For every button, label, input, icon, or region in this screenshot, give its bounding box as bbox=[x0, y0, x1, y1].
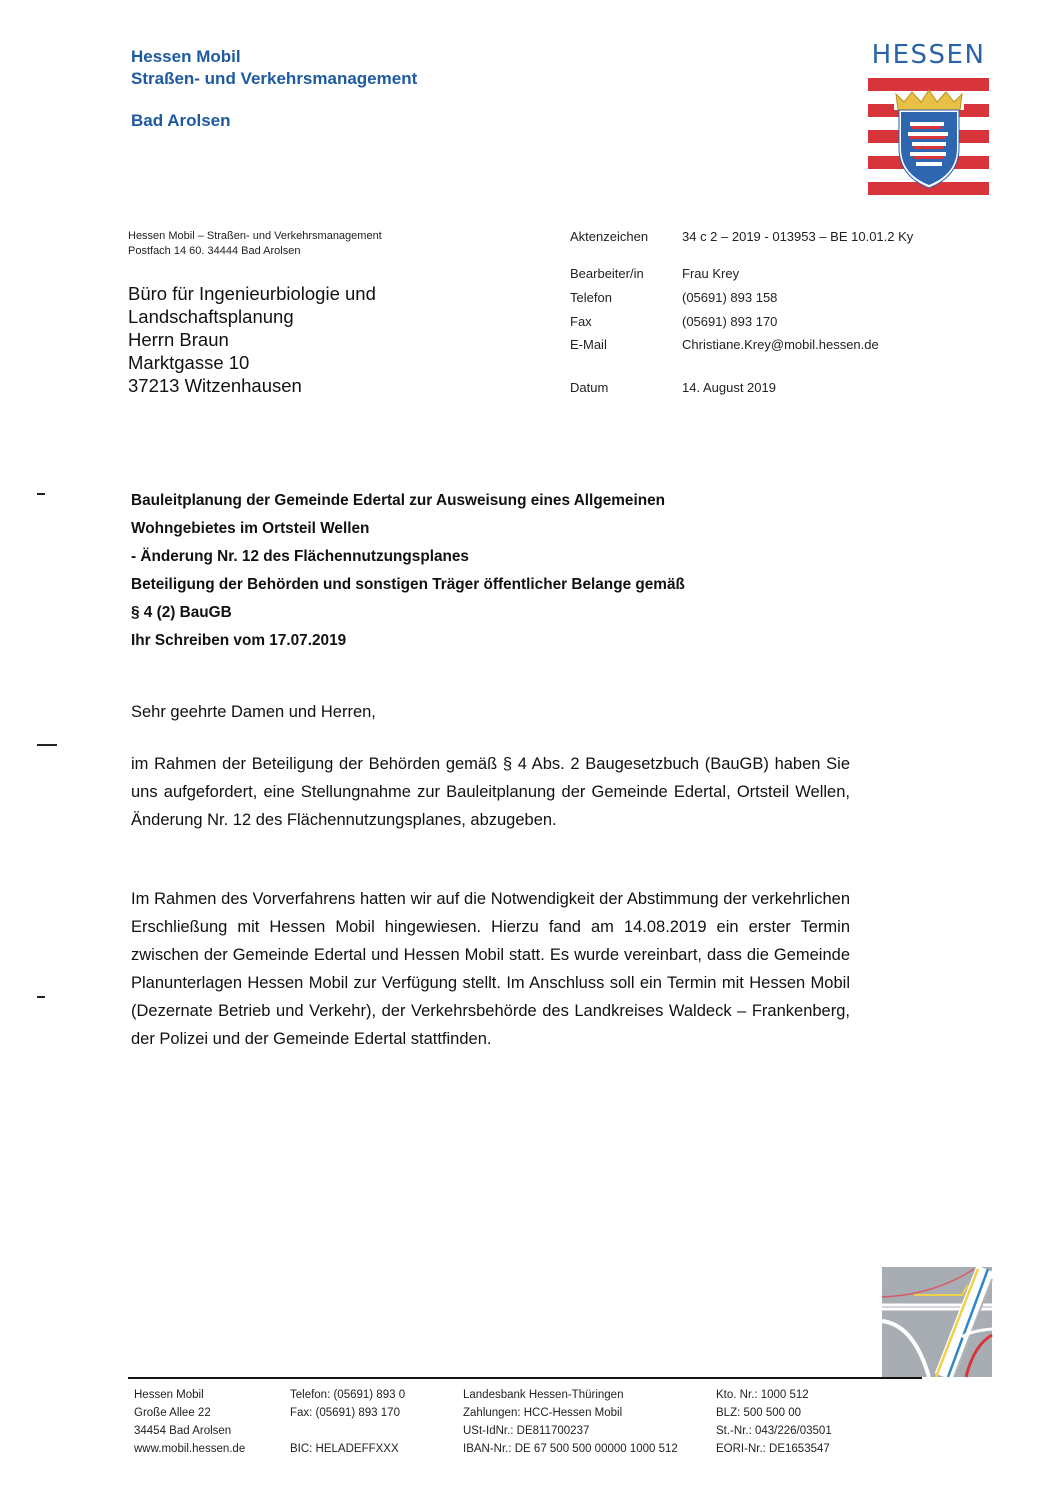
fold-mark bbox=[37, 493, 45, 495]
meta-label: Aktenzeichen bbox=[570, 229, 648, 244]
footer-text: BIC: HELADEFFXXX bbox=[290, 1440, 405, 1458]
footer-address: Hessen Mobil Große Allee 22 34454 Bad Ar… bbox=[134, 1386, 245, 1458]
footer-text: EORI-Nr.: DE1653547 bbox=[716, 1440, 832, 1458]
meta-value: 14. August 2019 bbox=[682, 380, 776, 395]
footer-text: Landesbank Hessen-Thüringen bbox=[463, 1386, 678, 1404]
org-department: Straßen- und Verkehrsmanagement bbox=[131, 68, 417, 90]
meta-label: Fax bbox=[570, 314, 592, 329]
footer-text: Hessen Mobil bbox=[134, 1386, 245, 1404]
recipient-line: Marktgasse 10 bbox=[128, 351, 376, 374]
footer-text: Zahlungen: HCC-Hessen Mobil bbox=[463, 1404, 678, 1422]
org-name: Hessen Mobil bbox=[131, 46, 417, 68]
road-interchange-logo-icon bbox=[874, 1265, 994, 1380]
meta-value: 34 c 2 – 2019 - 013953 – BE 10.01.2 Ky bbox=[682, 229, 913, 244]
footer-text: St.-Nr.: 043/226/03501 bbox=[716, 1422, 832, 1440]
footer-text: Fax: (05691) 893 170 bbox=[290, 1404, 405, 1422]
hessen-logo: HESSEN bbox=[866, 40, 991, 198]
recipient-address: Büro für Ingenieurbiologie und Landschaf… bbox=[128, 282, 376, 397]
meta-value: Frau Krey bbox=[682, 266, 739, 281]
sender-line: Hessen Mobil – Straßen- und Verkehrsmana… bbox=[128, 229, 382, 244]
footer-text: IBAN-Nr.: DE 67 500 500 00000 1000 512 bbox=[463, 1440, 678, 1458]
footer-text: Telefon: (05691) 893 0 bbox=[290, 1386, 405, 1404]
footer-bank: Landesbank Hessen-Thüringen Zahlungen: H… bbox=[463, 1386, 678, 1458]
meta-label: Datum bbox=[570, 380, 608, 395]
website-link[interactable]: www.mobil.hessen.de bbox=[134, 1440, 245, 1458]
body-paragraph: Im Rahmen des Vorverfahrens hatten wir a… bbox=[131, 885, 850, 1053]
footer-text: BLZ: 500 500 00 bbox=[716, 1404, 832, 1422]
org-location: Bad Arolsen bbox=[131, 110, 417, 132]
recipient-line: Landschaftsplanung bbox=[128, 305, 376, 328]
meta-label: Telefon bbox=[570, 290, 612, 305]
meta-value: (05691) 893 158 bbox=[682, 290, 777, 305]
recipient-line: Büro für Ingenieurbiologie und bbox=[128, 282, 376, 305]
meta-value: (05691) 893 170 bbox=[682, 314, 777, 329]
fold-mark bbox=[37, 996, 45, 998]
footer-account: Kto. Nr.: 1000 512 BLZ: 500 500 00 St.-N… bbox=[716, 1386, 832, 1458]
footer-text: Große Allee 22 bbox=[134, 1404, 245, 1422]
footer-text: 34454 Bad Arolsen bbox=[134, 1422, 245, 1440]
footer-text bbox=[290, 1422, 405, 1440]
salutation: Sehr geehrte Damen und Herren, bbox=[131, 703, 376, 722]
hessen-coat-of-arms-icon bbox=[866, 78, 991, 198]
subject-line: - Änderung Nr. 12 des Flächennutzungspla… bbox=[131, 543, 822, 571]
hessen-logo-text: HESSEN bbox=[866, 40, 991, 70]
sender-line: Postfach 14 60. 34444 Bad Arolsen bbox=[128, 244, 382, 259]
footer-divider bbox=[128, 1377, 922, 1379]
subject-line: § 4 (2) BauGB bbox=[131, 599, 822, 627]
footer-text: Kto. Nr.: 1000 512 bbox=[716, 1386, 832, 1404]
subject-line: Wohngebietes im Ortsteil Wellen bbox=[131, 515, 822, 543]
letter-subject: Bauleitplanung der Gemeinde Edertal zur … bbox=[131, 487, 822, 655]
footer-text: USt-IdNr.: DE811700237 bbox=[463, 1422, 678, 1440]
subject-line: Bauleitplanung der Gemeinde Edertal zur … bbox=[131, 487, 822, 515]
footer-contact: Telefon: (05691) 893 0 Fax: (05691) 893 … bbox=[290, 1386, 405, 1458]
email-link[interactable]: Christiane.Krey@mobil.hessen.de bbox=[682, 337, 879, 352]
sender-return-address: Hessen Mobil – Straßen- und Verkehrsmana… bbox=[128, 229, 382, 259]
punch-mark bbox=[37, 744, 57, 746]
recipient-line: 37213 Witzenhausen bbox=[128, 374, 376, 397]
recipient-line: Herrn Braun bbox=[128, 328, 376, 351]
subject-line: Ihr Schreiben vom 17.07.2019 bbox=[131, 627, 822, 655]
meta-label: E-Mail bbox=[570, 337, 607, 352]
meta-label: Bearbeiter/in bbox=[570, 266, 644, 281]
body-paragraph: im Rahmen der Beteiligung der Behörden g… bbox=[131, 750, 850, 834]
letterhead-organization: Hessen Mobil Straßen- und Verkehrsmanage… bbox=[131, 46, 417, 132]
subject-line: Beteiligung der Behörden und sonstigen T… bbox=[131, 571, 822, 599]
